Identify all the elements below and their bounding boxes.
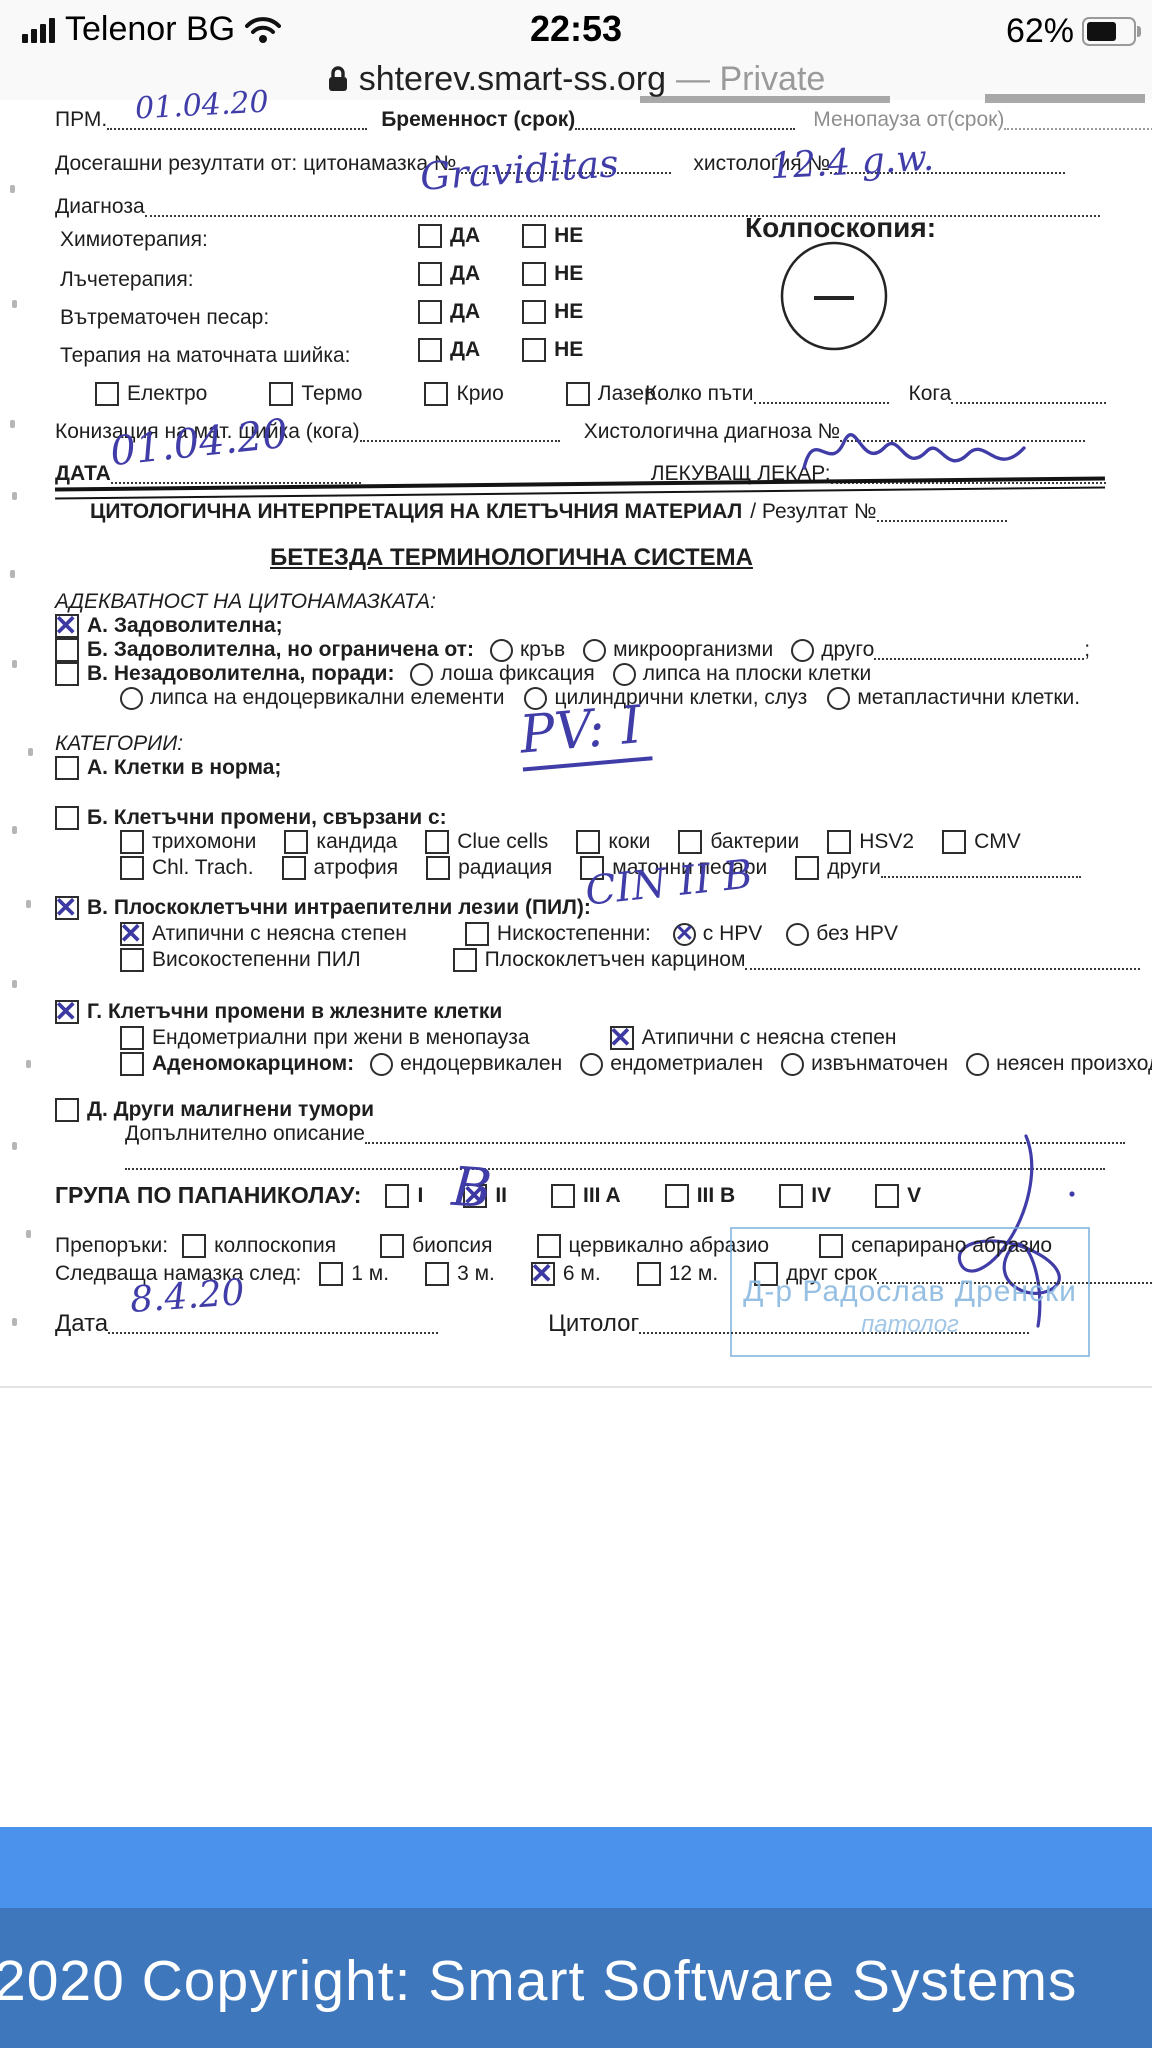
- cellular-changes-checkbox: [55, 806, 79, 830]
- document-bottom-edge: [0, 1386, 1152, 1388]
- next-12m-label: 12 м.: [669, 1262, 718, 1286]
- cells-normal-label: А. Клетки в норма;: [87, 756, 281, 780]
- cyto-header-rest: / Резултат №: [750, 500, 876, 524]
- pap-v-label: V: [907, 1184, 921, 1208]
- lock-icon: [327, 65, 349, 93]
- url-domain-label: shterev.smart-ss.org: [359, 60, 666, 99]
- battery-icon: [1082, 17, 1136, 46]
- scanned-form: ПРМ. Бременност (срок) Менопауза от(срок…: [0, 100, 1152, 1390]
- with-hpv-radio: [673, 923, 696, 946]
- pap-iiia-checkbox: [551, 1184, 575, 1208]
- cryo-checkbox: [424, 382, 448, 406]
- menopause-dotted-line: [1004, 110, 1152, 130]
- endometrial-menopause-label: Ендометриални при жени в менопауза: [152, 1026, 530, 1050]
- thermo-checkbox: [269, 382, 293, 406]
- cervix-yes-checkbox: [418, 338, 442, 362]
- no-label: НЕ: [554, 300, 583, 324]
- scan-smear: [985, 94, 1145, 103]
- pil-atypical-checkbox: [120, 922, 144, 946]
- no-label: НЕ: [554, 338, 583, 362]
- status-bar: Telenor BG 22:53 62%: [0, 0, 1152, 58]
- metaplastic-radio: [827, 687, 850, 710]
- high-grade-checkbox: [120, 948, 144, 972]
- row-methods: Електро Термо Крио Лазер: [95, 382, 656, 406]
- yes-label: ДА: [450, 300, 480, 324]
- candida-checkbox: [284, 830, 308, 854]
- pessary-options: ДА НЕ: [418, 300, 583, 324]
- others-checkbox: [795, 856, 819, 880]
- times-dotted-line: [754, 384, 889, 404]
- cat-a-row: А. Клетки в норма;: [55, 756, 281, 780]
- copyright-text: 2020 Copyright: Smart Software Systems: [0, 1948, 1152, 2014]
- glandular-sub-row1: Ендометриални при жени в менопауза Атипи…: [120, 1026, 897, 1050]
- no-squamous-radio: [613, 663, 636, 686]
- extrauterine-label: извънматочен: [811, 1052, 948, 1076]
- categories-title: КАТЕГОРИИ:: [55, 732, 183, 756]
- adequacy-v-checkbox: [55, 662, 79, 686]
- colposcopy-checkbox: [182, 1234, 206, 1258]
- radiotherapy-label: Лъчетерапия:: [60, 268, 194, 292]
- pregnancy-dotted-line: [575, 110, 795, 130]
- bethesda-title: БЕТЕЗДА ТЕРМИНОЛОГИЧНА СИСТЕМА: [270, 544, 753, 572]
- when-label: Кога: [909, 382, 952, 406]
- pil-label: В. Плоскоклетъчни интраепителни лезии (П…: [87, 896, 591, 920]
- adequacy-b-row: Б. Задоволителна, но ограничена от: кръв…: [55, 638, 1090, 662]
- pap-handwritten-note: B: [450, 1155, 494, 1221]
- adequacy-a-checkbox: [55, 614, 79, 638]
- electro-checkbox: [95, 382, 119, 406]
- cellular-changes-label: Б. Клетъчни промени, свързани с:: [87, 806, 447, 830]
- biopsy-label: биопсия: [412, 1234, 492, 1258]
- radio-yes-checkbox: [418, 262, 442, 286]
- adequacy-b-label: Б. Задоволителна, но ограничена от:: [87, 638, 474, 662]
- no-endocervical-label: липса на ендоцервикални елементи: [150, 686, 504, 710]
- status-right: 62%: [1006, 12, 1136, 51]
- next-1m-checkbox: [319, 1262, 343, 1286]
- glandular-checkbox: [55, 1000, 79, 1024]
- endometrial-label: ендометриален: [610, 1052, 763, 1076]
- pap-iv-label: IV: [811, 1184, 831, 1208]
- pessary-no-checkbox: [522, 300, 546, 324]
- cmv-checkbox: [942, 830, 966, 854]
- biopsy-checkbox: [380, 1234, 404, 1258]
- other-radio: [791, 639, 814, 662]
- previous-results-label: Досегашни резултати от: цитонамазка №: [55, 152, 456, 176]
- next-6m-label: 6 м.: [563, 1262, 601, 1286]
- bottom-date-handwritten: 8.4.20: [129, 1272, 246, 1321]
- next-3m-label: 3 м.: [457, 1262, 495, 1286]
- other-tumors-checkbox: [55, 1098, 79, 1122]
- clue-cells-checkbox: [425, 830, 449, 854]
- adequacy-b-checkbox: [55, 638, 79, 662]
- endocervical-radio: [370, 1053, 393, 1076]
- extrauterine-radio: [781, 1053, 804, 1076]
- additional-description-label: Допълнително описание: [125, 1122, 365, 1146]
- microorganisms-label: микроорганизми: [613, 638, 773, 662]
- pv-handwritten-note: PV: I: [517, 694, 652, 771]
- pap-iv-checkbox: [779, 1184, 803, 1208]
- adequacy-v-label: В. Незадоволителна, поради:: [87, 662, 394, 686]
- row-pessary: Вътрематочен песар:: [60, 306, 269, 330]
- footer-light-band: [0, 1827, 1152, 1908]
- no-label: НЕ: [554, 224, 583, 248]
- menopause-label: Менопауза от(срок): [813, 108, 1004, 132]
- glandular-row: Г. Клетъчни промени в жлезните клетки: [55, 1000, 502, 1024]
- radio-options: ДА НЕ: [418, 262, 583, 286]
- other-tumors-label: Д. Други малигнени тумори: [87, 1098, 374, 1122]
- others-dotted-line: [881, 858, 1081, 878]
- radiation-label: радиация: [458, 856, 552, 880]
- candida-label: кандида: [316, 830, 397, 854]
- doctor-signature: [800, 418, 1030, 482]
- blood-label: кръв: [520, 638, 565, 662]
- unclear-origin-label: неясен произход: [996, 1052, 1152, 1076]
- adequacy-v-row: В. Незадоволителна, поради: лоша фиксаци…: [55, 662, 871, 686]
- cocci-label: коки: [608, 830, 650, 854]
- pil-atypical-label: Атипични с неясна степен: [152, 922, 407, 946]
- cat-b-options-row1: трихомони кандида Clue cells коки бактер…: [120, 830, 1021, 854]
- colposcopy-option-label: колпоскопия: [214, 1234, 336, 1258]
- pap-iiia-label: III A: [583, 1184, 621, 1208]
- chemo-options: ДА НЕ: [418, 224, 583, 248]
- chemo-yes-checkbox: [418, 224, 442, 248]
- row-radiotherapy: Лъчетерапия:: [60, 268, 194, 292]
- pil-checkbox: [55, 896, 79, 920]
- chemo-no-checkbox: [522, 224, 546, 248]
- pap-iiib-label: III B: [697, 1184, 736, 1208]
- bacteria-label: бактерии: [710, 830, 799, 854]
- adequacy-a-row: А. Задоволителна;: [55, 614, 283, 638]
- trichomonas-checkbox: [120, 830, 144, 854]
- cmv-label: CMV: [974, 830, 1021, 854]
- adenocarcinoma-label: Аденомокарцином:: [152, 1052, 354, 1076]
- cytologist-label: Цитолог: [548, 1310, 639, 1338]
- thermo-label: Термо: [301, 382, 362, 406]
- pil-sub-row1: Атипични с неясна степен Нискостепенни: …: [120, 922, 898, 946]
- no-endocervical-radio: [120, 687, 143, 710]
- date-label: ДАТА: [55, 462, 111, 486]
- atrophy-checkbox: [282, 856, 306, 880]
- low-grade-label: Нискостепенни:: [497, 922, 651, 946]
- browser-chrome: Telenor BG 22:53 62% shterev.smart-: [0, 0, 1152, 101]
- poor-fixation-radio: [410, 663, 433, 686]
- radiation-checkbox: [426, 856, 450, 880]
- diagnosis-dotted-line: [145, 197, 1100, 217]
- chl-trach-label: Chl. Trach.: [152, 856, 254, 880]
- other-tumors-row: Д. Други малигнени тумори: [55, 1098, 374, 1122]
- without-hpv-label: без HPV: [816, 922, 898, 946]
- chemotherapy-label: Химиотерапия:: [60, 228, 208, 252]
- pap-v-checkbox: [875, 1184, 899, 1208]
- microorganisms-radio: [583, 639, 606, 662]
- cervix-no-checkbox: [522, 338, 546, 362]
- conization-dotted-line: [360, 422, 560, 442]
- next-1m-label: 1 м.: [351, 1262, 389, 1286]
- without-hpv-radio: [786, 923, 809, 946]
- times-label: Колко пъти: [645, 382, 754, 406]
- row-cervix-therapy: Терапия на маточната шийка:: [60, 344, 350, 368]
- blood-radio: [490, 639, 513, 662]
- pil-sub-row2: Високостепенни ПИЛ Плоскоклетъчен карцин…: [120, 948, 1140, 972]
- endometrial-radio: [580, 1053, 603, 1076]
- pessary-yes-checkbox: [418, 300, 442, 324]
- radio-no-checkbox: [522, 262, 546, 286]
- cervix-therapy-label: Терапия на маточната шийка:: [60, 344, 350, 368]
- diagnosis-label: Диагноза: [55, 195, 145, 219]
- prm-label: ПРМ.: [55, 108, 107, 132]
- no-label: НЕ: [554, 262, 583, 286]
- next-6m-checkbox: [531, 1262, 555, 1286]
- other-label: друго: [821, 638, 874, 662]
- pap-i-checkbox: [385, 1184, 409, 1208]
- carcinoma-dotted-line: [745, 950, 1140, 970]
- glandular-label: Г. Клетъчни промени в жлезните клетки: [87, 1000, 502, 1024]
- pap-i-label: I: [417, 1184, 423, 1208]
- stamp-doctor-name: Д-р Радослав Дренски: [732, 1275, 1088, 1309]
- cryo-label: Крио: [456, 382, 503, 406]
- pessary-label: Вътрематочен песар:: [60, 306, 269, 330]
- private-mode-label: — Private: [676, 60, 825, 99]
- row-chemotherapy: Химиотерапия:: [60, 228, 208, 252]
- next-12m-checkbox: [637, 1262, 661, 1286]
- hsv2-label: HSV2: [859, 830, 914, 854]
- low-grade-checkbox: [465, 922, 489, 946]
- with-hpv-label: с HPV: [703, 922, 763, 946]
- yes-label: ДА: [450, 338, 480, 362]
- row-diagnosis: Диагноза: [55, 195, 1100, 219]
- clock-label: 22:53: [0, 8, 1152, 50]
- prm-handwritten-value: 01.04.20: [134, 85, 269, 127]
- yes-label: ДА: [450, 262, 480, 286]
- glandular-sub-row2: Аденомокарцином: ендоцервикален ендометр…: [120, 1052, 1152, 1076]
- pap-iiib-checkbox: [665, 1184, 689, 1208]
- electro-label: Електро: [127, 382, 207, 406]
- atrophy-label: атрофия: [314, 856, 399, 880]
- others-label: други: [827, 856, 881, 880]
- footer-dark-band: 2020 Copyright: Smart Software Systems: [0, 1908, 1152, 2048]
- bacteria-checkbox: [678, 830, 702, 854]
- adequacy-title: АДЕКВАТНОСТ НА ЦИТОНАМАЗКАТА:: [55, 590, 436, 614]
- glandular-atypical-label: Атипични с неясна степен: [642, 1026, 897, 1050]
- scan-smear: [640, 96, 890, 103]
- semicolon: ;: [1084, 638, 1090, 662]
- adequacy-a-label: А. Задоволителна;: [87, 614, 283, 638]
- high-grade-label: Високостепенни ПИЛ: [152, 948, 361, 972]
- hsv2-checkbox: [827, 830, 851, 854]
- no-squamous-label: липса на плоски клетки: [643, 662, 871, 686]
- endocervical-label: ендоцервикален: [400, 1052, 562, 1076]
- squamous-carcinoma-checkbox: [453, 948, 477, 972]
- cytologist-dotted-line: [639, 1314, 1029, 1334]
- cervix-options: ДА НЕ: [418, 338, 583, 362]
- squamous-carcinoma-label: Плоскоклетъчен карцином: [485, 948, 746, 972]
- when-dotted-line: [951, 384, 1106, 404]
- pap-label: ГРУПА ПО ПАПАНИКОЛАУ:: [55, 1182, 361, 1209]
- cyto-header-bold: ЦИТОЛОГИЧНА ИНТЕРПРЕТАЦИЯ НА КЛЕТЪЧНИЯ М…: [90, 500, 742, 524]
- cat-b-row: Б. Клетъчни промени, свързани с:: [55, 806, 447, 830]
- unclear-origin-radio: [966, 1053, 989, 1076]
- next-3m-checkbox: [425, 1262, 449, 1286]
- colposcopy-diagram: [778, 240, 890, 352]
- glandular-atypical-checkbox: [610, 1026, 634, 1050]
- clue-cells-label: Clue cells: [457, 830, 548, 854]
- gestational-age-handwritten: 12.4 g.w.: [769, 138, 935, 188]
- poor-fixation-label: лоша фиксация: [440, 662, 594, 686]
- cervical-abrasion-checkbox: [537, 1234, 561, 1258]
- metaplastic-label: метапластични клетки.: [857, 686, 1080, 710]
- adenocarcinoma-checkbox: [120, 1052, 144, 1076]
- row-times-when: Колко пъти Кога: [645, 382, 1106, 406]
- cyto-interpretation-header: ЦИТОЛОГИЧНА ИНТЕРПРЕТАЦИЯ НА КЛЕТЪЧНИЯ М…: [90, 500, 1007, 524]
- bottom-date-label: Дата: [55, 1310, 108, 1338]
- chl-trach-checkbox: [120, 856, 144, 880]
- other-dotted-line: [874, 640, 1084, 660]
- diagnosis-handwritten-value: Graviditas: [419, 141, 620, 199]
- pap-ii-label: II: [495, 1184, 507, 1208]
- cocci-checkbox: [576, 830, 600, 854]
- yes-label: ДА: [450, 224, 480, 248]
- battery-percent-label: 62%: [1006, 12, 1074, 51]
- pregnancy-label: Бременност (срок): [381, 108, 575, 132]
- cells-normal-checkbox: [55, 756, 79, 780]
- trichomonas-label: трихомони: [152, 830, 256, 854]
- result-no-dotted-line: [877, 502, 1007, 522]
- laser-checkbox: [566, 382, 590, 406]
- recommendations-label: Препоръки:: [55, 1234, 168, 1258]
- endometrial-menopause-checkbox: [120, 1026, 144, 1050]
